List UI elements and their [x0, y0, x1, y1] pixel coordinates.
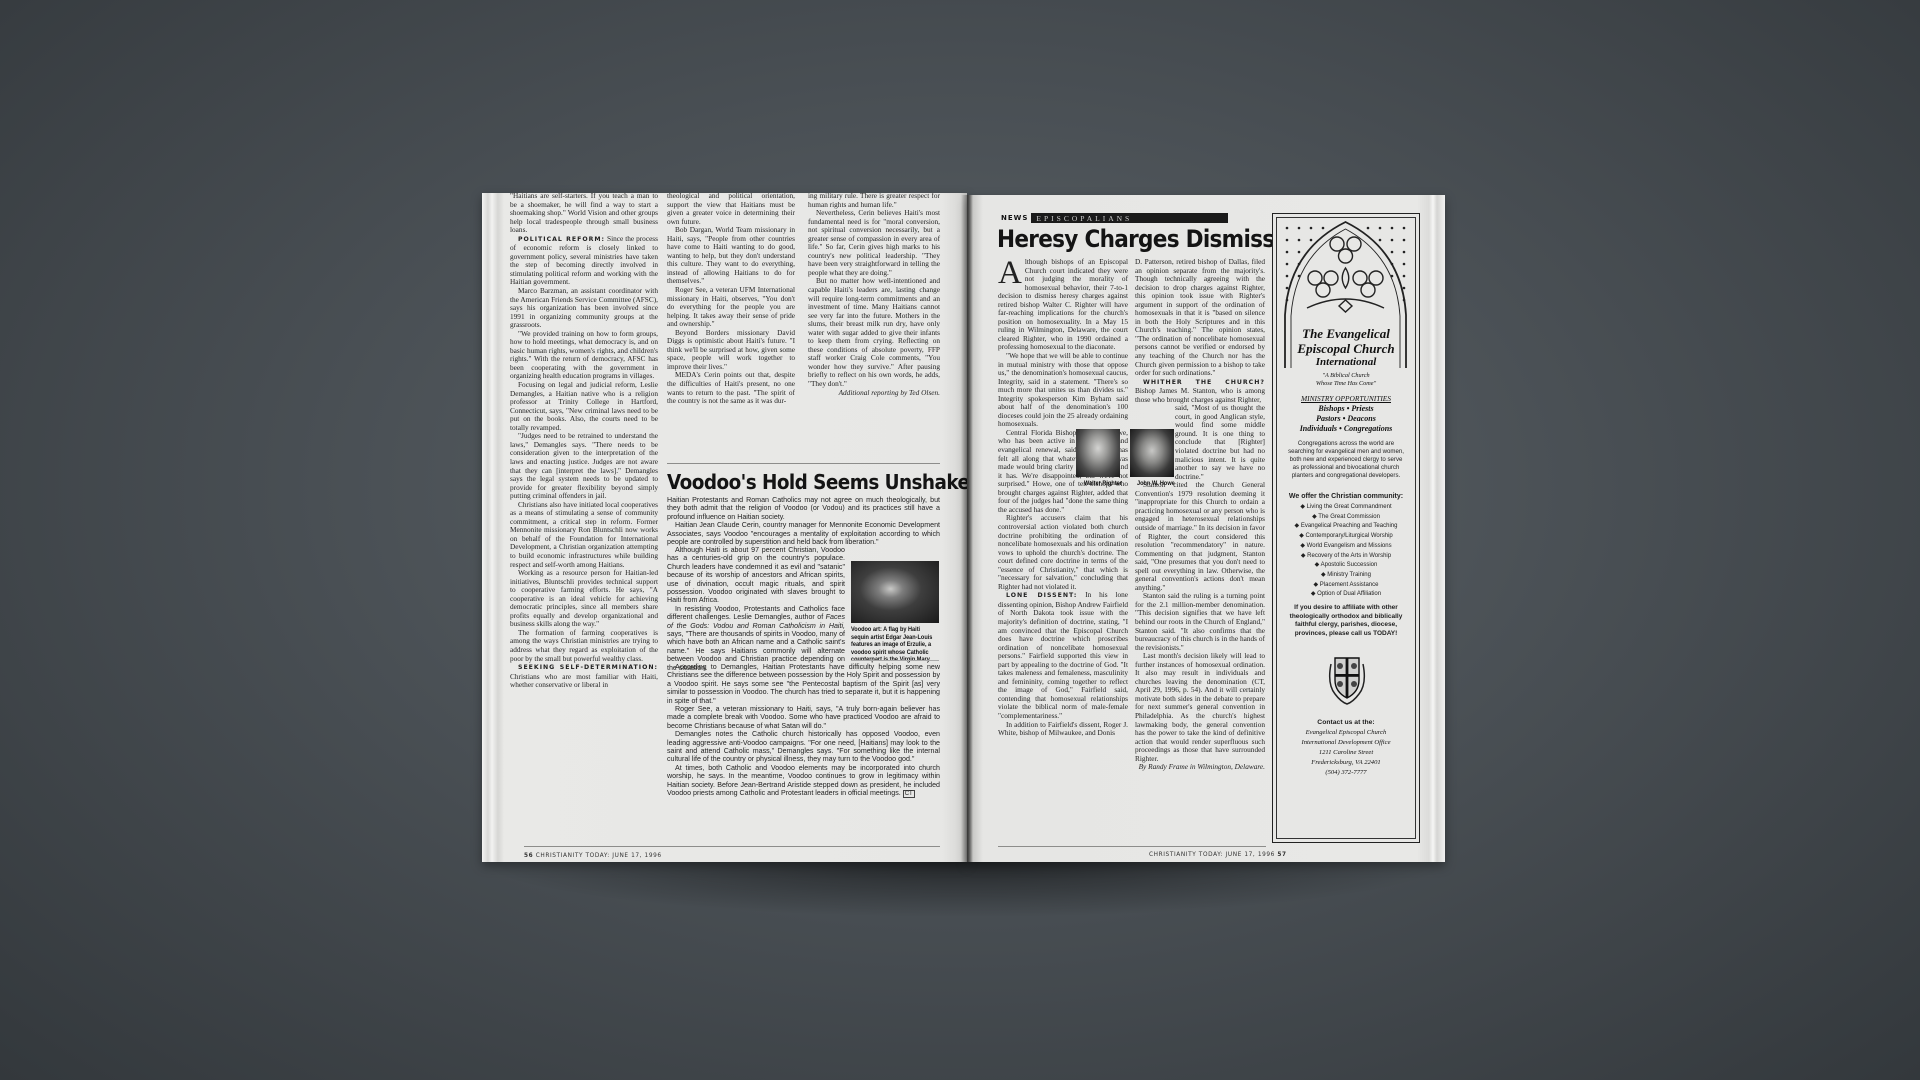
paragraph: said, "Most of us thought the court, in …: [1175, 404, 1265, 481]
offer-item: ◆ Ministry Training: [1277, 571, 1415, 581]
paragraph: D. Patterson, retired bishop of Dallas, …: [1135, 258, 1265, 378]
voodoo-top-rule: [667, 463, 940, 464]
photo-walter-righter: [1076, 429, 1120, 477]
page-number: 56: [524, 853, 533, 859]
ad-tagline-2: Whose Time Has Come": [1273, 380, 1419, 387]
roles-line-1: Bishops • Priests: [1273, 404, 1419, 413]
left-page: "Haitians are self-starters. If you teac…: [482, 193, 967, 862]
roles-line-3: Individuals • Congregations: [1273, 424, 1419, 433]
magazine-shadow: [470, 858, 1460, 918]
paragraph: Focusing on legal and judicial reform, L…: [510, 381, 658, 432]
paragraph: "Judges need to be retrained to understa…: [510, 432, 658, 500]
voodoo-body: According to Demangles, Haitian Protesta…: [667, 663, 940, 799]
folio-text: CHRISTIANITY TODAY: JUNE 17, 1996: [1149, 852, 1275, 858]
news-label: NEWS: [998, 213, 1031, 223]
voodoo-photo-caption: Voodoo art: A flag by Haiti sequin artis…: [851, 626, 937, 664]
paragraph: Haitian Protestants and Roman Catholics …: [667, 496, 940, 521]
contact-line-3: 1211 Caroline Street: [1273, 749, 1419, 756]
right-column-2: D. Patterson, retired bishop of Dallas, …: [1135, 258, 1265, 772]
folio-text: CHRISTIANITY TODAY: JUNE 17, 1996: [536, 853, 662, 859]
paragraph: In his lone dissenting opinion, Bishop A…: [998, 590, 1128, 720]
ad-call-to-action: If you desire to affiliate with other th…: [1285, 604, 1407, 638]
paragraph: "We provided training on how to form gro…: [510, 330, 658, 381]
paragraph: The formation of farming cooperatives is…: [510, 629, 658, 663]
page-folio-right: CHRISTIANITY TODAY: JUNE 17, 1996 57: [1149, 852, 1287, 858]
offer-item: ◆ Contemporary/Liturgical Worship: [1277, 532, 1415, 542]
paragraph: "Haitians are self-starters. If you teac…: [510, 193, 658, 235]
paragraph: Last month's decision likely will lead t…: [1135, 652, 1265, 763]
offer-item: ◆ Apostolic Succession: [1277, 561, 1415, 571]
offer-item: ◆ Recovery of the Arts in Worship: [1277, 552, 1415, 562]
caption-rule: [851, 660, 939, 661]
offer-item: ◆ World Evangelism and Missions: [1277, 542, 1415, 552]
caption-walter-righter: Walter Righter: [1084, 480, 1122, 488]
contact-line-1: Evangelical Episcopal Church: [1273, 729, 1419, 736]
left-column-2: theological and political orientation, s…: [667, 193, 795, 406]
offer-item: ◆ Placement Assistance: [1277, 581, 1415, 591]
reporting-credit: Additional reporting by Ted Olsen.: [808, 389, 940, 398]
footer-rule: [998, 846, 1266, 847]
paragraph: Righter's accusers claim that his contro…: [998, 514, 1128, 591]
paragraph: According to Demangles, Haitian Protesta…: [667, 663, 940, 705]
offer-item: ◆ Option of Dual Affiliation: [1277, 590, 1415, 600]
page-folio-left: 56 CHRISTIANITY TODAY: JUNE 17, 1996: [524, 853, 662, 859]
paragraph: Although Haiti is about 97 percent Chris…: [667, 546, 845, 605]
paragraph: Demangles notes the Catholic church hist…: [667, 730, 940, 764]
paragraph: Roger See, a veteran UFM International m…: [667, 286, 795, 329]
subhead-political-reform: POLITICAL REFORM:: [518, 236, 605, 243]
ad-title-line1: The Evangelical: [1273, 326, 1419, 342]
paragraph: Roger See, a veteran missionary to Haiti…: [667, 705, 940, 730]
contact-heading: Contact us at the:: [1277, 719, 1415, 727]
contact-line-2: International Development Office: [1273, 739, 1419, 746]
shield-crest-icon: [1327, 654, 1367, 706]
left-column-1: "Haitians are self-starters. If you teac…: [510, 193, 658, 690]
paragraph: Bishop James M. Stanton, who is among th…: [1135, 386, 1265, 404]
ministry-heading: MINISTRY OPPORTUNITIES: [1273, 394, 1419, 403]
paragraph: Christians also have initiated local coo…: [510, 501, 658, 569]
section-label: EPISCOPALIANS: [1036, 214, 1132, 223]
paragraph: ing military rule. There is greater resp…: [808, 193, 940, 209]
offer-item: ◆ The Great Commission: [1277, 513, 1415, 523]
contact-line-4: Fredericksburg, VA 22401: [1273, 759, 1419, 766]
paragraph: MEDA's Cerin points out that, despite th…: [667, 371, 795, 405]
paragraph: Stanton cited the Church General Convent…: [1135, 481, 1265, 592]
advertisement-eeci[interactable]: The Evangelical Episcopal Church Interna…: [1272, 213, 1420, 843]
roles-line-2: Pastors • Deacons: [1273, 414, 1419, 423]
paragraph: Stanton said the ruling is a turning poi…: [1135, 592, 1265, 652]
paragraph: In resisting Voodoo, Protestants and Cat…: [667, 605, 845, 621]
paragraph: Bob Dargan, World Team missionary in Hai…: [667, 226, 795, 286]
footer-rule: [524, 846, 940, 847]
paragraph: Beyond Borders missionary David Diggs is…: [667, 329, 795, 372]
paragraph: Marco Barzman, an assistant coordinator …: [510, 287, 658, 330]
page-number: 57: [1277, 852, 1286, 858]
paragraph: theological and political orientation, s…: [667, 193, 795, 226]
spine-shadow: [961, 195, 973, 862]
heresy-headline: Heresy Charges Dismissed: [997, 225, 1303, 253]
paragraph: Working as a resource person for Haitian…: [510, 569, 658, 629]
voodoo-intro: Haitian Protestants and Roman Catholics …: [667, 496, 940, 546]
offer-item: ◆ Living the Great Commandment: [1277, 503, 1415, 513]
right-column-1: Although bishops of an Episcopal Church …: [998, 258, 1128, 738]
end-mark: CT: [903, 790, 915, 798]
section-bar: NEWS EPISCOPALIANS: [998, 213, 1228, 223]
paragraph: Haitian Jean Claude Cerin, country manag…: [667, 521, 940, 546]
paragraph: But no matter how well-intentioned and c…: [808, 277, 940, 388]
paragraph: Christians who are most familiar with Ha…: [510, 672, 658, 690]
subhead-lone-dissent: LONE DISSENT:: [1006, 592, 1077, 599]
offer-item: ◆ Evangelical Preaching and Teaching: [1277, 522, 1415, 532]
voodoo-art-photo: [851, 561, 939, 623]
byline: By Randy Frame in Wilmington, Delaware.: [1135, 763, 1265, 772]
voodoo-wrap-text: Although Haiti is about 97 percent Chris…: [667, 546, 845, 672]
contact-phone[interactable]: (504) 372-7777: [1273, 769, 1419, 776]
dropcap: A: [998, 259, 1022, 287]
paragraph: Nevertheless, Cerin believes Haiti's mos…: [808, 209, 940, 277]
ad-tagline-1: "A Biblical Church: [1273, 372, 1419, 379]
right-page: NEWS EPISCOPALIANS Heresy Charges Dismis…: [967, 195, 1445, 862]
subhead-whither-church: WHITHER THE CHURCH?: [1143, 379, 1265, 386]
paragraph: In addition to Fairfield's dissent, Roge…: [998, 721, 1128, 738]
paragraph: At times, both Catholic and Voodoo eleme…: [667, 764, 940, 797]
offer-list: ◆ Living the Great Commandment ◆ The Gre…: [1277, 503, 1415, 600]
ad-description: Congregations across the world are searc…: [1287, 440, 1405, 480]
offer-heading: We offer the Christian community:: [1277, 493, 1415, 501]
left-column-3: ing military rule. There is greater resp…: [808, 193, 940, 397]
subhead-self-determination: SEEKING SELF-DETERMINATION:: [518, 664, 658, 671]
paragraph: "We hope that we will be able to continu…: [998, 352, 1128, 429]
voodoo-headline: Voodoo's Hold Seems Unshakeable: [667, 470, 967, 494]
ad-title-line2: Episcopal Church: [1273, 341, 1419, 357]
ad-title-line3: International: [1273, 356, 1419, 368]
